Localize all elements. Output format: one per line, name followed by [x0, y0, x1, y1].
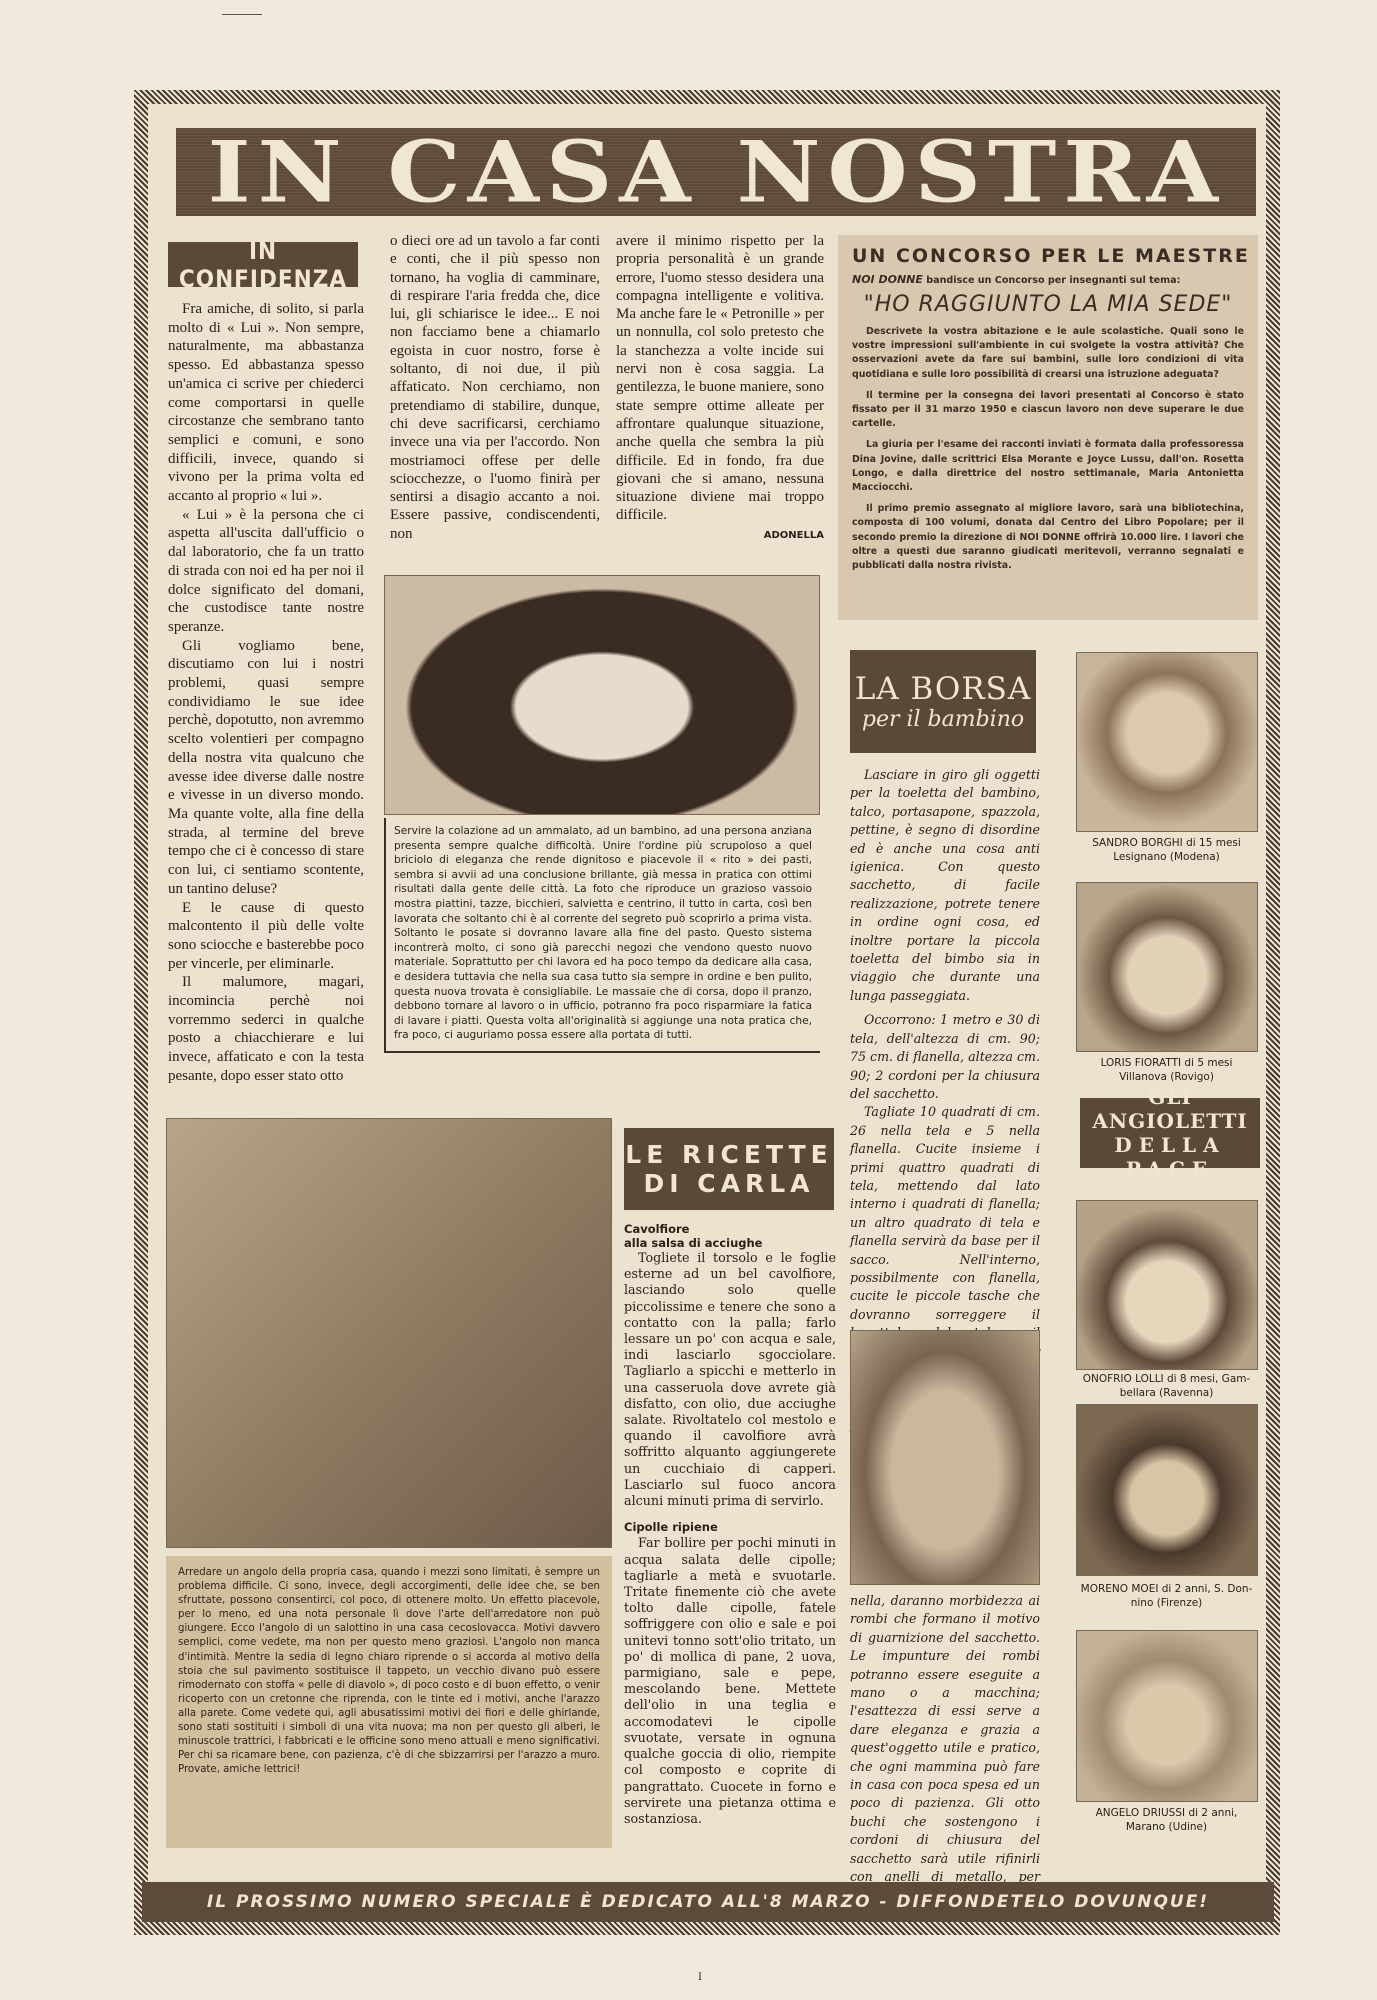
confidenza-column-2: o dieci ore ad un tavolo a far conti e c…	[390, 232, 600, 543]
ricette-heading-line1: LE RICETTE	[625, 1140, 832, 1169]
recipe-title-line1: Cavolfiore	[624, 1222, 836, 1236]
angioletti-heading-line2: DELLA PACE	[1080, 1133, 1260, 1181]
baby-photo-onofrio	[1076, 1200, 1258, 1370]
recipe-text: Togliete il torsolo e le foglie esterne …	[624, 1250, 836, 1509]
paragraph: nella, daranno morbidezza ai rombi che f…	[850, 1592, 1040, 1905]
paragraph: Il termine per la consegna dei lavori pr…	[852, 389, 1244, 432]
baby-caption: LORIS FIORATTI di 5 mesi Villanova (Rovi…	[1064, 1056, 1269, 1084]
concorso-heading: UN CONCORSO PER LE MAESTRE	[852, 245, 1244, 267]
baby-photo-sandro	[1076, 652, 1258, 832]
baby-caption: ANGELO DRIUSSI di 2 anni, Marano (Udine)	[1064, 1806, 1269, 1834]
paragraph: Gli vogliamo bene, discutiamo con lui i …	[168, 637, 364, 899]
concorso-box: UN CONCORSO PER LE MAESTRE NOI DONNE ban…	[838, 235, 1258, 620]
paragraph: Il malumore, magari, incomincia perchè n…	[168, 973, 364, 1085]
paragraph: avere il minimo rispetto per la propria …	[616, 232, 824, 525]
baby-place: Marano (Udine)	[1064, 1820, 1269, 1834]
paragraph: E le cause di questo malcontento il più …	[168, 899, 364, 974]
page-title-banner: IN CASA NOSTRA	[176, 128, 1256, 216]
paragraph: « Lui » è la persona che ci aspetta all'…	[168, 506, 364, 637]
page-mark: I	[698, 1972, 702, 1983]
baby-photo-angelo	[1076, 1630, 1258, 1802]
author-signature: ADONELLA	[616, 527, 824, 545]
living-room-photo	[166, 1118, 612, 1548]
recipe-text: Far bollire per pochi minuti in acqua sa…	[624, 1535, 836, 1827]
tray-caption: Servire la colazione ad un ammalato, ad …	[384, 818, 820, 1053]
confidenza-heading-text: IN CONFIDENZA	[168, 237, 358, 293]
ricette-heading-line2: DI CARLA	[644, 1169, 815, 1198]
baby-name: SANDRO BORGHI di 15 mesi	[1064, 836, 1269, 850]
baby-place: Lesignano (Modena)	[1064, 850, 1269, 864]
baby-caption: MORENO MOEI di 2 anni, S. Don- nino (Fir…	[1064, 1582, 1269, 1610]
paragraph: Descrivete la vostra abitazione e le aul…	[852, 325, 1244, 382]
baby-caption: SANDRO BORGHI di 15 mesi Lesignano (Mode…	[1064, 836, 1269, 864]
baby-name: ONOFRIO LOLLI di 8 mesi, Gam-	[1064, 1372, 1269, 1386]
ricette-heading: LE RICETTE DI CARLA	[624, 1128, 834, 1210]
paragraph: Fra amiche, di solito, si parla molto di…	[168, 300, 364, 506]
paragraph: Lasciare in giro gli oggetti per la toel…	[850, 766, 1040, 1005]
baby-name: MORENO MOEI di 2 anni, S. Don-	[1064, 1582, 1269, 1596]
footer-banner: IL PROSSIMO NUMERO SPECIALE È DEDICATO A…	[142, 1882, 1274, 1922]
baby-photo-moreno	[1076, 1404, 1258, 1576]
borsa-heading-line1: LA BORSA	[855, 671, 1032, 707]
confidenza-column-1: Fra amiche, di solito, si parla molto di…	[168, 300, 364, 1086]
confidenza-heading: IN CONFIDENZA	[168, 242, 358, 287]
magazine-page: IN CASA NOSTRA IN CONFIDENZA Fra amiche,…	[0, 0, 1377, 2000]
tray-caption-text: Servire la colazione ad un ammalato, ad …	[394, 824, 812, 1043]
baby-place: Villanova (Rovigo)	[1064, 1070, 1269, 1084]
borsa-column-bottom: nella, daranno morbidezza ai rombi che f…	[850, 1592, 1040, 1905]
baby-name: LORIS FIORATTI di 5 mesi	[1064, 1056, 1269, 1070]
living-room-caption-text: Arredare un angolo della propria casa, q…	[178, 1566, 600, 1777]
angioletti-heading: GLI ANGIOLETTI DELLA PACE	[1080, 1098, 1260, 1168]
tray-photo	[384, 575, 820, 815]
concorso-intro: NOI DONNE bandisce un Concorso per inseg…	[852, 273, 1244, 286]
page-title: IN CASA NOSTRA	[207, 123, 1224, 222]
baby-photo-loris	[1076, 882, 1258, 1052]
baby-name: ANGELO DRIUSSI di 2 anni,	[1064, 1806, 1269, 1820]
bag-photo	[850, 1330, 1040, 1585]
paragraph: o dieci ore ad un tavolo a far conti e c…	[390, 232, 600, 543]
borsa-heading: LA BORSA per il bambino	[850, 650, 1036, 753]
baby-caption: ONOFRIO LOLLI di 8 mesi, Gam- bellara (R…	[1064, 1372, 1269, 1400]
concorso-theme: "HO RAGGIUNTO LA MIA SEDE"	[838, 292, 1258, 317]
paragraph: Il primo premio assegnato al migliore la…	[852, 502, 1244, 573]
paragraph: Occorrono: 1 metro e 30 di tela, dell'al…	[850, 1011, 1040, 1103]
concorso-intro-text: bandisce un Concorso per insegnanti sul …	[926, 275, 1180, 286]
recipe-title: Cavolfiore alla salsa di acciughe	[624, 1222, 836, 1250]
borsa-heading-line2: per il bambino	[862, 707, 1024, 732]
concorso-body: Descrivete la vostra abitazione e le aul…	[852, 325, 1244, 573]
confidenza-column-3: avere il minimo rispetto per la propria …	[616, 232, 824, 545]
baby-place: nino (Firenze)	[1064, 1596, 1269, 1610]
ricette-column: Cavolfiore alla salsa di acciughe Toglie…	[624, 1222, 836, 1827]
footer-text: IL PROSSIMO NUMERO SPECIALE È DEDICATO A…	[207, 1892, 1209, 1912]
top-rule	[222, 14, 262, 15]
paragraph: La giuria per l'esame dei racconti invia…	[852, 438, 1244, 495]
noi-donne-brand: NOI DONNE	[852, 273, 923, 286]
living-room-caption: Arredare un angolo della propria casa, q…	[166, 1556, 612, 1848]
recipe-title: Cipolle ripiene	[624, 1519, 836, 1535]
recipe-title-line2: alla salsa di acciughe	[624, 1236, 836, 1250]
baby-place: bellara (Ravenna)	[1064, 1386, 1269, 1400]
angioletti-heading-line1: GLI ANGIOLETTI	[1080, 1085, 1260, 1133]
